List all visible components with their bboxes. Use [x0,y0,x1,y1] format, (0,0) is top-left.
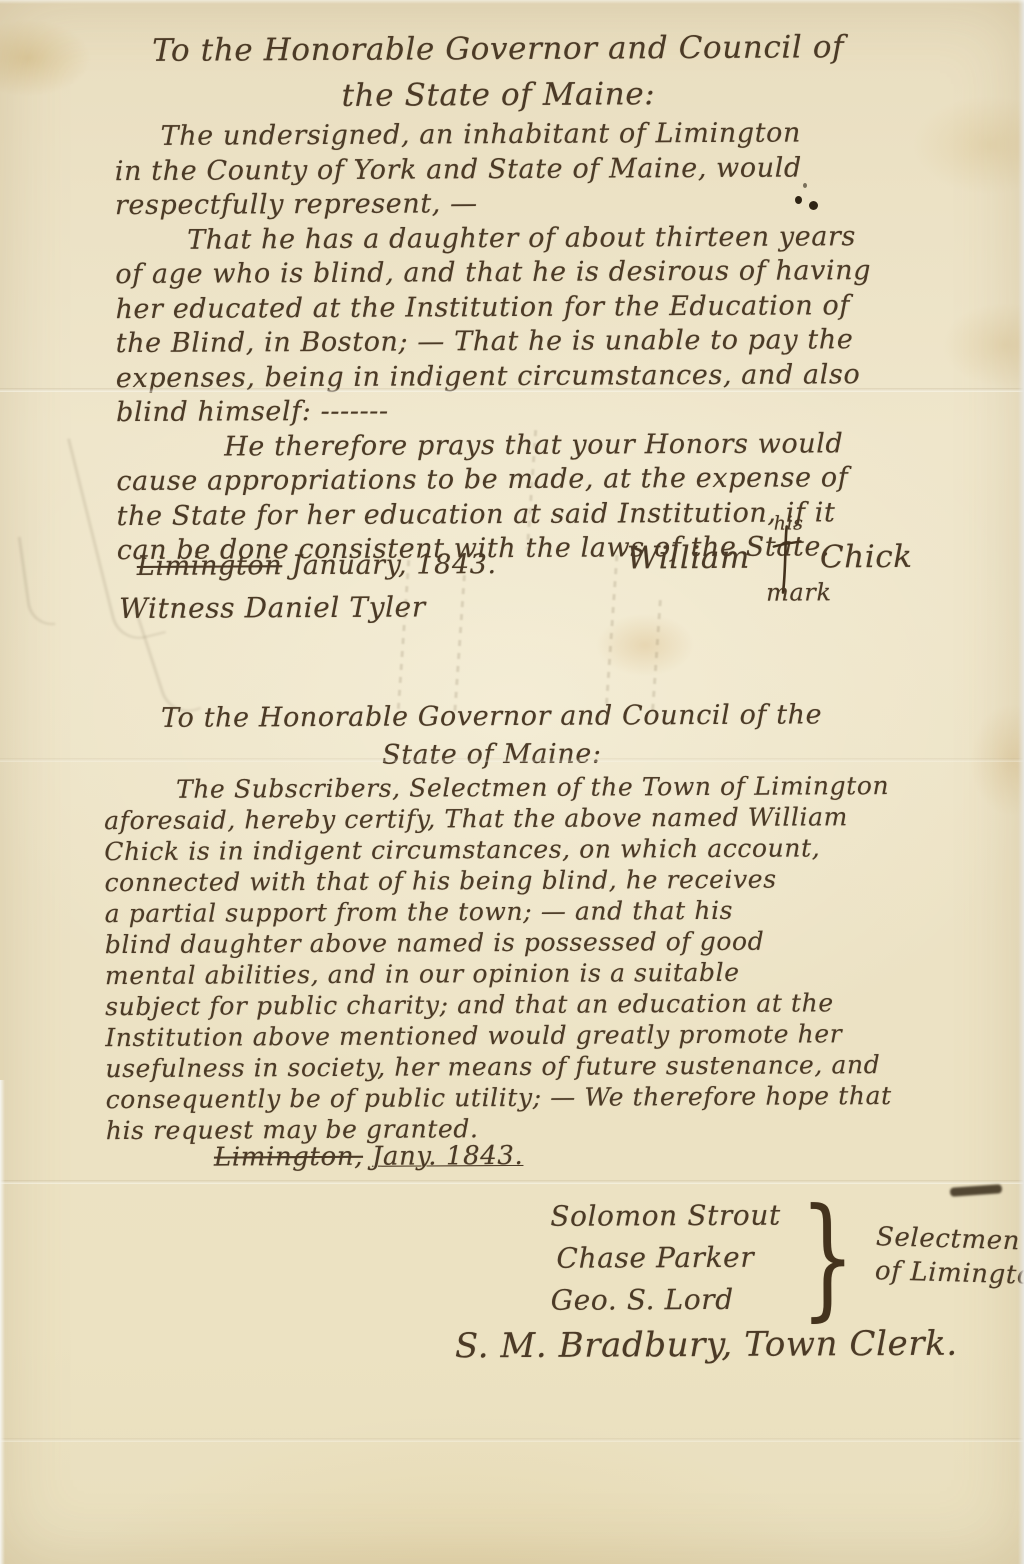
handwritten-line: of age who is blind, and that he is desi… [115,253,997,292]
petition1-heading: To the Honorable Governor and Council of… [0,23,1001,120]
scan-edge-right [1018,0,1024,1564]
dateline-place: Limington [137,550,283,582]
selectmen-role: Selectmen of Limington [873,1220,1024,1293]
handwritten-line: mental abilities, and in our opinion is … [105,955,1005,991]
handwritten-line: respectfully represent, — [115,184,997,223]
selectman-signature: Chase Parker [550,1237,781,1280]
role-line: of Limington [875,1254,1024,1293]
petition2-heading: To the Honorable Governor and Council of… [0,696,984,777]
heading-line: To the Honorable Governor and Council of… [0,696,984,739]
town-clerk-signature: S. M. Bradbury, Town Clerk. [455,1324,958,1367]
handwritten-line: in the County of York and State of Maine… [115,150,997,189]
handwritten-line: That he has a daughter of about thirteen… [115,219,997,258]
selectman-signature: Solomon Strout [550,1195,781,1238]
dateline-place: Limington, [214,1142,363,1173]
dateline-date: January, 1843. [291,549,496,581]
handwritten-line: consequently be of public utility; — We … [106,1079,1006,1115]
fold-crease [0,758,1024,762]
handwritten-line: Institution above mentioned would greatl… [105,1017,1005,1053]
fold-crease [0,388,1024,392]
selectmen-names: Solomon Strout Chase Parker Geo. S. Lord [550,1195,781,1322]
mark-label: mark [766,578,832,606]
selectman-signature: Geo. S. Lord [551,1279,782,1322]
petition1-body: The undersigned, an inhabitant of Liming… [115,115,999,568]
handwritten-line: cause appropriations to be made, at the … [116,460,998,499]
handwritten-line: Chick is in indigent circumstances, on w… [104,831,1004,867]
petition1-dateline: Limington January, 1843. [137,549,497,582]
signature-brace: } [800,1197,856,1317]
role-line: Selectmen [876,1220,1024,1259]
handwritten-line: subject for public charity; and that an … [105,986,1005,1022]
handwritten-line: his request may be granted. [106,1110,1006,1146]
signature-last-name: Chick [820,539,913,575]
handwritten-line: He therefore prays that your Honors woul… [116,426,998,465]
manuscript-page: To the Honorable Governor and Council of… [0,0,1024,1564]
fold-crease [0,1180,1024,1184]
handwritten-line: the Blind, in Boston; — That he is unabl… [116,322,998,361]
handwritten-line: aforesaid, hereby certify, That the abov… [104,800,1004,836]
handwritten-line: connected with that of his being blind, … [104,862,1004,898]
scan-edge-left [0,1080,5,1564]
fold-crease [0,1438,1024,1442]
heading-line: To the Honorable Governor and Council of [0,23,1000,74]
ink-blot [809,201,818,210]
handwritten-line: blind daughter above named is possessed … [105,924,1005,960]
handwritten-line: blind himself: ------- [116,391,998,430]
dateline-date: Jany. 1843. [372,1141,524,1172]
handwritten-line: the State for her education at said Inst… [117,495,999,534]
handwritten-line: usefulness in society, her means of futu… [105,1048,1005,1084]
ink-blot [803,183,807,188]
signature-first-name: William [627,540,750,577]
selectmen-signature-block: Solomon Strout Chase Parker Geo. S. Lord… [550,1193,1024,1322]
his-mark-stack: his mark [764,534,806,580]
manuscript-content: To the Honorable Governor and Council of… [0,0,1024,1564]
ink-blot [795,196,802,204]
handwritten-line: a partial support from the town; — and t… [105,893,1005,929]
petition2-dateline: Limington, Jany. 1843. [214,1141,524,1173]
petition2-body: The Subscribers, Selectmen of the Town o… [104,769,1006,1146]
heading-line: the State of Maine: [0,69,1001,120]
handwritten-line: The undersigned, an inhabitant of Liming… [115,115,997,154]
handwritten-line: The Subscribers, Selectmen of the Town o… [104,769,1004,805]
handwritten-line: her educated at the Institution for the … [115,288,997,327]
scan-edge-top [0,0,1024,4]
petitioner-signature: William his mark Chick [627,534,913,581]
